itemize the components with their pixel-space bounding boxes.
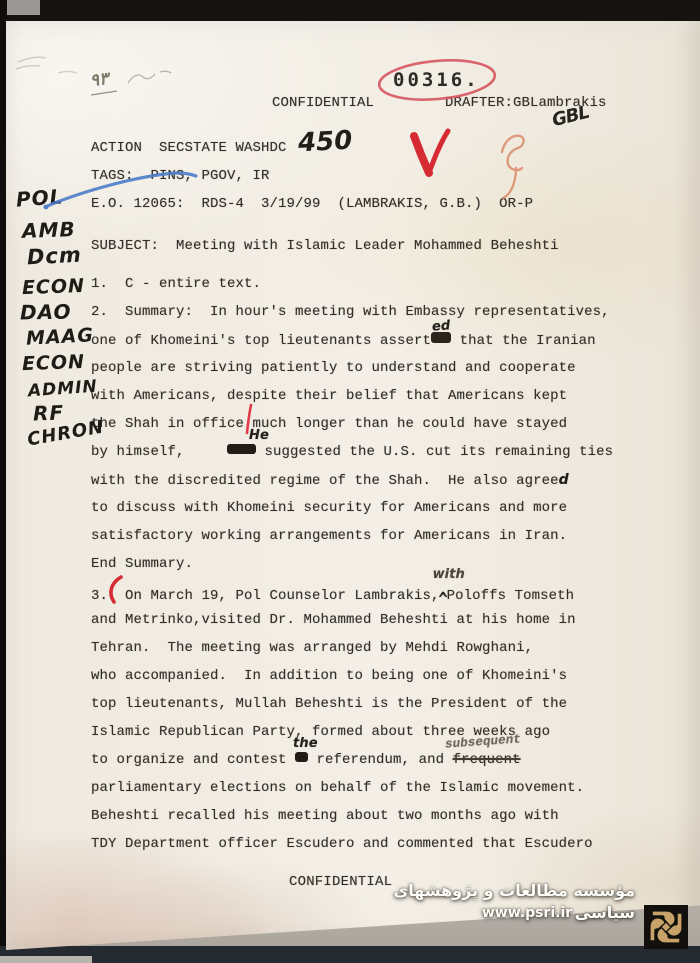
handwritten-he-correction: He: [249, 429, 269, 442]
body-line: TDY Department officer Escudero and comm…: [91, 837, 593, 852]
ink-overwrite-blot: the: [295, 752, 308, 762]
handwritten-with-insertion: with: [433, 568, 465, 581]
body-line-insertion: 3. On March 19, Pol Counselor Lambrakis,…: [91, 585, 574, 604]
body-line-agreed: with the discredited regime of the Shah.…: [91, 473, 569, 489]
body-line: to discuss with Khomeini security for Am…: [91, 501, 567, 516]
typed-segment: to organize and contest: [91, 752, 295, 768]
body-line: parliamentary elections on behalf of the…: [91, 781, 584, 796]
eo-classification-line: E.O. 12065: RDS-4 3/19/99 (LAMBRAKIS, G.…: [91, 197, 533, 212]
handwritten-cable-number: 450: [297, 126, 353, 159]
typed-segment: referendum, and: [308, 752, 453, 768]
typed-segment: by himself,: [91, 444, 227, 460]
classification-header: CONFIDENTIAL: [272, 96, 374, 111]
routing-label-dao: DAO: [20, 303, 72, 323]
handwritten-the-correction: the: [293, 737, 318, 750]
struck-word-frequent: frequentsubsequent: [453, 752, 521, 768]
routing-label-pol: POL: [15, 187, 64, 209]
body-line-edited: to organize and contest the referendum, …: [91, 753, 521, 768]
routing-label-amb: AMB: [22, 220, 76, 241]
scan-top-notch: [7, 0, 40, 15]
scanned-cable-page: 00316. CONFIDENTIAL DRAFTER:GBLambrakis …: [0, 0, 700, 963]
typed-segment: that the Iranian: [451, 333, 596, 349]
routing-label-maag: MAAG: [26, 326, 95, 349]
scan-bottom-corner: [0, 956, 92, 963]
body-line: and Metrinko,visited Dr. Mohammed Behesh…: [91, 613, 576, 628]
body-line: End Summary.: [91, 557, 193, 572]
pencil-archive-number: ۹۳: [89, 69, 110, 91]
action-line: ACTION SECSTATE WASHDC: [91, 141, 287, 156]
routing-label-rf: RF: [33, 403, 65, 423]
watermark-url: www.psri.ir: [462, 904, 592, 922]
scan-bottom-border: [0, 946, 700, 963]
typed-segment: 3. On March 19, Pol Counselor Lambrakis,: [91, 588, 440, 604]
classification-footer: CONFIDENTIAL: [289, 875, 392, 890]
insertion-mark: with^: [440, 585, 447, 599]
body-line: Tehran. The meeting was arranged by Mehd…: [91, 641, 533, 656]
handwritten-d-correction: d: [559, 472, 569, 488]
tags-line: TAGS: PINS, PGOV, IR: [91, 169, 270, 184]
typed-segment: frequent: [453, 752, 521, 768]
redaction-blot: He: [227, 444, 256, 454]
subject-line: SUBJECT: Meeting with Islamic Leader Moh…: [91, 239, 559, 254]
typed-segment: Poloffs Tomseth: [447, 588, 575, 604]
serial-number-stamp: 00316.: [393, 69, 480, 91]
typed-segment: suggested the U.S. cut its remaining tie…: [256, 444, 613, 460]
scan-left-border: [0, 0, 7, 963]
routing-label-dcm: Dcm: [27, 246, 83, 268]
psri-logo-icon: [644, 904, 688, 950]
routing-label-econ: ECON: [22, 277, 86, 298]
body-line: people are striving patiently to underst…: [91, 361, 576, 376]
handwritten-ed-correction: ed: [432, 319, 451, 333]
typed-segment: one of Khomeini's top lieutenants assert: [91, 333, 431, 349]
body-line: top lieutenants, Mullah Beheshti is the …: [91, 697, 567, 712]
body-line: who accompanied. In addition to being on…: [91, 669, 567, 684]
typed-segment: with the discredited regime of the Shah.…: [91, 473, 559, 489]
body-line-redacted: by himself, He suggested the U.S. cut it…: [91, 445, 613, 460]
body-line-asserted: one of Khomeini's top lieutenants assert…: [91, 333, 596, 349]
ink-overwrite-blot: ed: [431, 332, 451, 343]
body-line: 2. Summary: In hour's meeting with Embas…: [91, 305, 610, 320]
body-line: 1. C - entire text.: [91, 277, 261, 292]
scan-top-border: [0, 0, 700, 24]
body-line: Beheshti recalled his meeting about two …: [91, 809, 559, 824]
routing-label-econ2: ECON: [22, 353, 86, 374]
body-line: the Shah in office much longer than he c…: [91, 417, 567, 432]
body-line: satisfactory working arrangements for Am…: [91, 529, 567, 544]
insertion-caret: ^: [438, 591, 449, 611]
body-line: with Americans, despite their belief tha…: [91, 389, 567, 404]
